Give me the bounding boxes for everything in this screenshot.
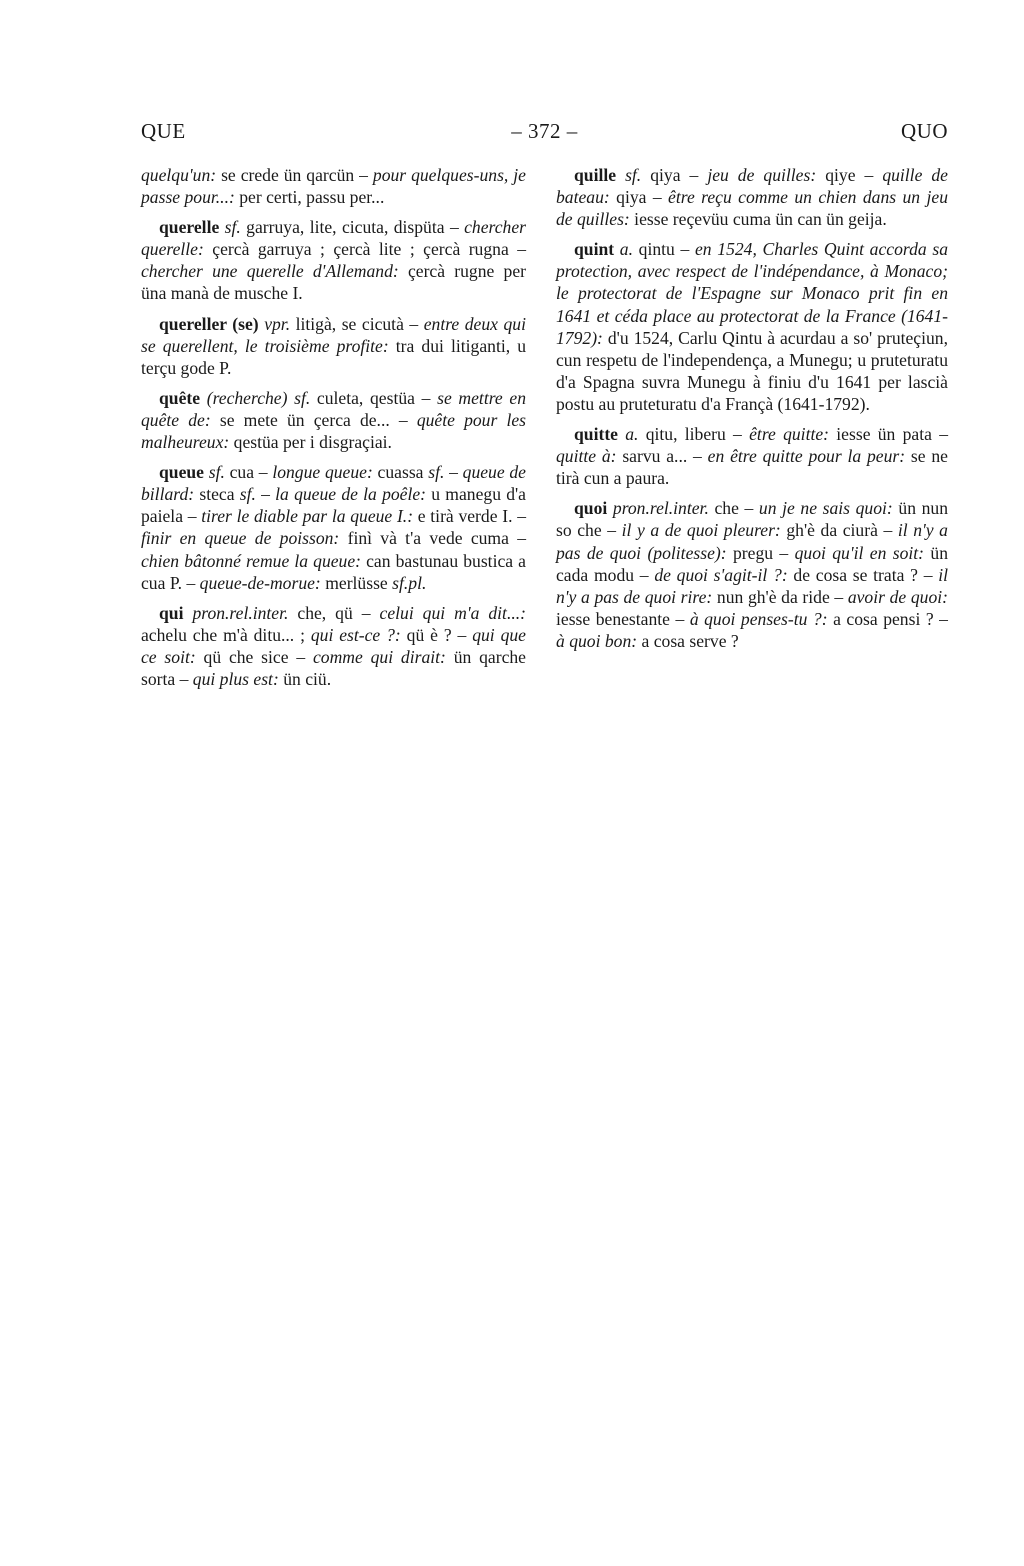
french-phrase: quitte à: (556, 446, 617, 466)
translation-text: merlüsse (321, 573, 392, 593)
entry-continuation: quelqu'un: se crede ün qarcün – pour que… (141, 164, 526, 208)
translation-text: garruya, lite, cicuta, dis­püta – (241, 217, 464, 237)
translation-text: ies­se reçevüu cuma ün can ün geija. (630, 209, 887, 229)
french-phrase: finir en queue de poisson: (141, 528, 339, 548)
french-phrase: pron.rel.inter. (613, 498, 709, 518)
translation-text: qitu, liberu – (638, 424, 749, 444)
dictionary-entry-queue: queue sf. cua – longue queue: cuassa sf.… (141, 461, 526, 594)
french-phrase: être quitte: (749, 424, 829, 444)
translation-text: a cosa serve ? (637, 631, 739, 651)
translation-text: qiya – (641, 165, 707, 185)
french-phrase: avoir de quoi: (848, 587, 948, 607)
dictionary-entry-qui: qui pron.rel.inter. che, qü – celui qui … (141, 602, 526, 690)
french-phrase: sf. (240, 484, 256, 504)
translation-text: qü che sice – (196, 647, 313, 667)
headword: quête (159, 388, 200, 408)
translation-text: finì và t'a vede cuma – (339, 528, 526, 548)
french-phrase: a. (620, 239, 633, 259)
french-phrase: vpr. (264, 314, 290, 334)
translation-text: litigà, se cicutà – (290, 314, 424, 334)
translation-text: qintu – (633, 239, 695, 259)
french-phrase: à quoi penses-tu ?: (690, 609, 828, 629)
french-phrase: longue queue: (272, 462, 373, 482)
dictionary-entry-quitte: quitte a. qitu, liberu – être quitte: ie… (556, 423, 948, 489)
translation-text: – (444, 462, 462, 482)
translation-text: per certi, passu per... (235, 187, 385, 207)
headword: quille (574, 165, 616, 185)
translation-text: d'u 1524, Carlu Qintu à acurdau a so' pr… (556, 328, 948, 414)
french-phrase: tirer le diable par la queue I.: (201, 506, 413, 526)
right-guide-word: QUO (901, 119, 948, 144)
french-phrase: sf.pl. (392, 573, 426, 593)
dictionary-entry-quête: quête (recherche) sf. culeta, qestüa – s… (141, 387, 526, 453)
translation-text: qü è ? – (401, 625, 472, 645)
translation-text (200, 388, 207, 408)
translation-text: iesse ün pata – (829, 424, 948, 444)
dictionary-entry-quille: quille sf. qiya – jeu de quilles: qiye –… (556, 164, 948, 230)
left-column: quelqu'un: se crede ün qarcün – pour que… (141, 164, 526, 698)
translation-text: qes­tüa per i disgraçiai. (229, 432, 392, 452)
french-phrase: de quoi s'agit-il ?: (654, 565, 787, 585)
dictionary-entry-quoi: quoi pron.rel.inter. che – un je ne sais… (556, 497, 948, 652)
translation-text: gh'è da ciurà – (781, 520, 898, 540)
french-phrase: en être quitte pour la peur: (708, 446, 905, 466)
headword: qui (159, 603, 183, 623)
translation-text: ün ciü. (279, 669, 331, 689)
translation-text: de cosa se trata ? – (788, 565, 939, 585)
translation-text: pregu – (727, 543, 795, 563)
translation-text: che, qü – (288, 603, 379, 623)
translation-text: qiye – (816, 165, 882, 185)
right-column: quille sf. qiya – jeu de quilles: qiye –… (556, 164, 948, 660)
translation-text: e tirà verde I. – (413, 506, 526, 526)
french-phrase: chien bâtonné re­mue la queue: (141, 551, 361, 571)
translation-text: qiya – (610, 187, 668, 207)
translation-text: achelu che m'à ditu... ; (141, 625, 311, 645)
headword: quereller (se) (159, 314, 259, 334)
headword: quoi (574, 498, 607, 518)
french-phrase: sf. (225, 217, 241, 237)
headword: querelle (159, 217, 219, 237)
translation-text: nun gh'è da ride – (712, 587, 848, 607)
french-phrase: (recherche) sf. (207, 388, 311, 408)
french-phrase: qui est-ce ?: (311, 625, 401, 645)
french-phrase: sf. (625, 165, 641, 185)
french-phrase: sf. (428, 462, 444, 482)
french-phrase: celui qui m'a dit...: (380, 603, 526, 623)
translation-text: a cosa pensi ? – (828, 609, 948, 629)
running-header: QUE – 372 – QUO (141, 119, 948, 149)
french-phrase: sf. (209, 462, 225, 482)
french-phrase: quelqu'un: (141, 165, 216, 185)
translation-text: – (256, 484, 275, 504)
dictionary-entry-quereller-se: quereller (se) vpr. litigà, se cicutà – … (141, 313, 526, 379)
french-phrase: queue-de-morue: (200, 573, 321, 593)
french-phrase: qui plus est: (193, 669, 279, 689)
french-phrase: la queue de la poêle: (275, 484, 426, 504)
french-phrase: a. (625, 424, 638, 444)
translation-text (616, 165, 625, 185)
headword: queue (159, 462, 204, 482)
translation-text: cua – (225, 462, 272, 482)
translation-text: sarvu a... – (617, 446, 708, 466)
translation-text: culeta, qestüa – (310, 388, 437, 408)
page-number: – 372 – (141, 119, 948, 144)
french-phrase: cher­cher une querelle d'Allemand: (141, 261, 399, 281)
french-phrase: à quoi bon: (556, 631, 637, 651)
translation-text: steca (194, 484, 240, 504)
french-phrase: comme qui dirait: (313, 647, 446, 667)
translation-text: çercà garruya ; çercà lite ; çercà rugna… (204, 239, 526, 259)
translation-text: iesse benestante – (556, 609, 690, 629)
translation-text: se mete ün çerca de... – (211, 410, 417, 430)
translation-text: se crede ün qarcün – (216, 165, 373, 185)
headword: quitte (574, 424, 618, 444)
dictionary-entry-quint: quint a. qintu – en 1524, Charles Quint … (556, 238, 948, 415)
french-phrase: jeu de quilles: (707, 165, 816, 185)
dictionary-entry-querelle: querelle sf. garruya, lite, cicuta, dis­… (141, 216, 526, 304)
french-phrase: il y a de quoi pleurer: (622, 520, 781, 540)
french-phrase: pron.rel.inter. (192, 603, 288, 623)
translation-text: cuassa (373, 462, 428, 482)
translation-text: che – (709, 498, 759, 518)
french-phrase: un je ne sais quoi: (759, 498, 893, 518)
french-phrase: quoi qu'il en soit: (795, 543, 924, 563)
headword: quint (574, 239, 614, 259)
